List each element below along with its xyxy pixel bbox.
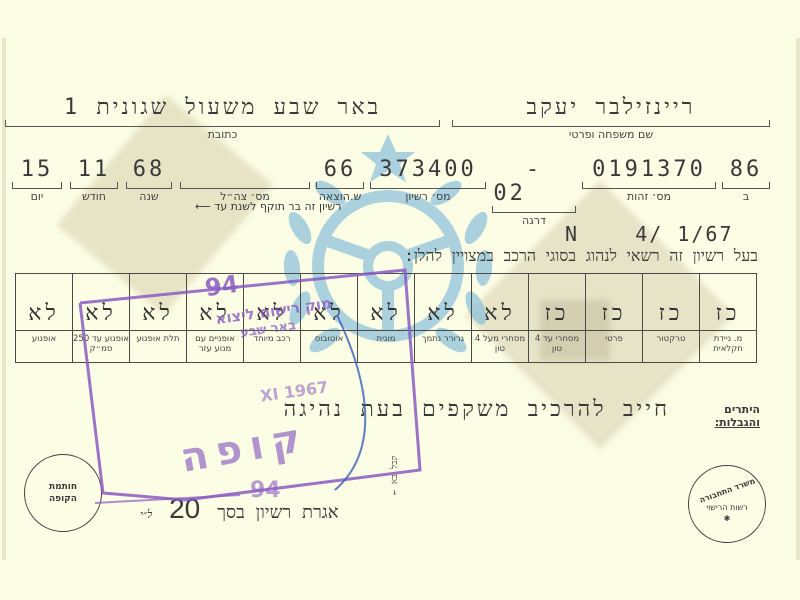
issue-year-field: 66 ש.הוצאה	[316, 158, 364, 204]
category-cell: כזמסחרי עד 4 טון	[528, 274, 585, 362]
pen-mark	[335, 315, 365, 490]
month-field: 11 חודש	[70, 158, 118, 204]
stamp-kupa-number: 94	[250, 478, 281, 503]
category-label: אופנוע	[16, 331, 72, 362]
category-label: מסחרי עד 4 טון	[529, 331, 585, 362]
b-field: 86 ב	[722, 158, 770, 204]
category-label: מסחרי מעל 4 טון	[472, 331, 528, 362]
category-value: כז	[643, 274, 699, 331]
category-label: טרקטור	[643, 331, 699, 362]
rank-field: - 02 דרגה	[492, 158, 576, 228]
category-value: כז	[586, 274, 642, 331]
category-cell: כזמ. ניידת חקלאית	[699, 274, 756, 362]
category-label: מ. ניידת חקלאית	[700, 331, 756, 362]
name-field: ריינזילבר יעקב שם משפחה ופרטי	[452, 96, 770, 142]
idf-number-field: מס׳ צה״ל	[180, 158, 310, 204]
category-value: כז	[529, 274, 585, 331]
name-value: ריינזילבר יעקב	[452, 96, 770, 120]
category-value: לא	[472, 274, 528, 331]
id-number-field: 0191370 מס׳ זהות	[582, 158, 716, 204]
ministry-seal: משרד התחבורה רשות הרישוי ✱	[688, 465, 766, 543]
year-field: 68 שנה	[126, 158, 172, 204]
category-value: לא	[16, 274, 72, 331]
arrow-left-icon: ⟵	[195, 200, 211, 213]
card-edge-right	[796, 38, 800, 560]
star-icon: ✱	[698, 513, 757, 524]
serial-number: N 4/ 1/67	[565, 222, 734, 246]
address-value: באר שבע משעול שגונית 1	[5, 96, 440, 120]
category-cell: כזפרטי	[585, 274, 642, 362]
name-label: שם משפחה ופרטי	[452, 128, 770, 142]
restrictions-label: היתרים והגבלות:	[715, 403, 760, 429]
category-label: פרטי	[586, 331, 642, 362]
category-value: כז	[700, 274, 756, 331]
day-field: 15 יום	[12, 158, 62, 204]
address-label: כתובת	[5, 128, 440, 142]
category-cell: לאמסחרי מעל 4 טון	[471, 274, 528, 362]
address-field: באר שבע משעול שגונית 1 כתובת	[5, 96, 440, 142]
category-cell: כזטרקטור	[642, 274, 699, 362]
validity-note: רשיון זה בר תוקף לשנת עד ⟵	[195, 200, 341, 213]
stamp-number-top: 94	[203, 270, 240, 302]
category-cell: לאאופנוע	[16, 274, 72, 362]
license-number-field: 373400 מס׳ רשיון	[370, 158, 486, 204]
authorization-text: בעל רשיון זה רשאי לנהוג בסוגי הרכב במצוי…	[404, 246, 758, 266]
